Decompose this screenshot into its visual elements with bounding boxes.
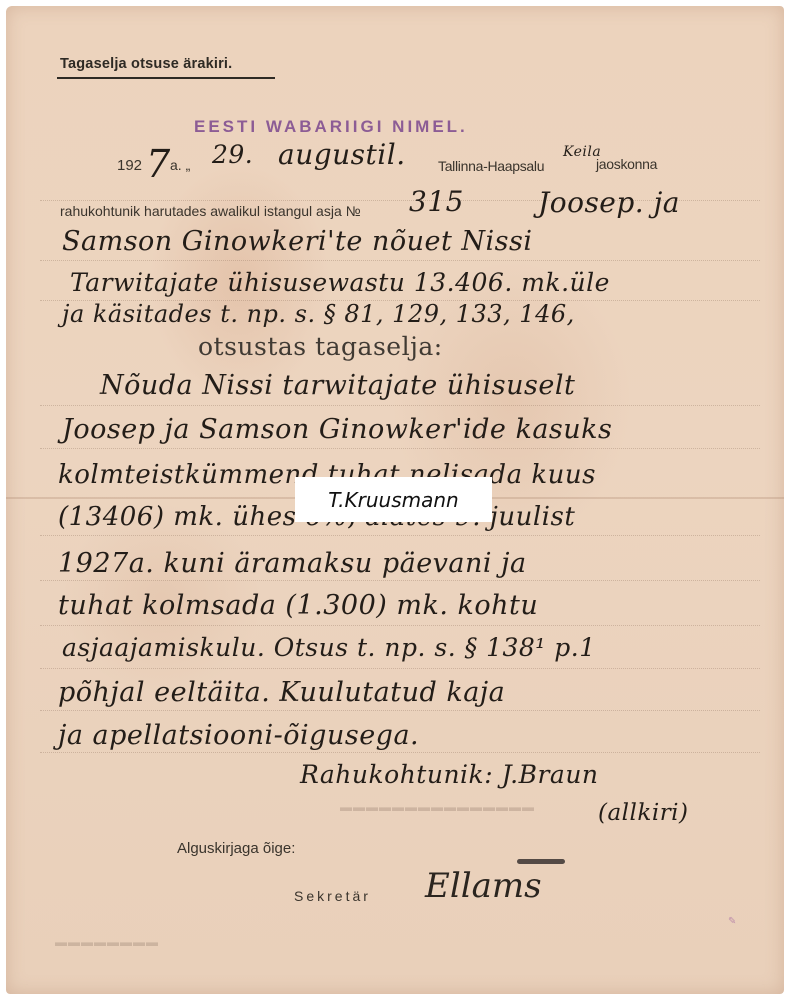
body-line-8: põhjal eeltäita. Kuulutatud kaja: [58, 677, 505, 708]
republic-stamp: EESTI WABARIIGI NIMEL.: [194, 117, 468, 137]
month: augustil.: [278, 138, 406, 171]
bleed-through-text: ▬▬▬▬▬▬▬▬: [55, 935, 159, 949]
day: 29.: [212, 140, 253, 169]
guide-line: [40, 405, 760, 406]
guide-line: [40, 448, 760, 449]
court-name: Tallinna-Haapsalu: [438, 158, 544, 174]
year-digit: 7: [146, 142, 171, 186]
case-line-printed: rahukohtunik harutades awalikul istangul…: [60, 203, 361, 219]
guide-line: [40, 580, 760, 581]
form-title: Tagaselja otsuse ärakiri.: [60, 56, 232, 72]
judge-signature: Rahukohtunik: J.Braun: [300, 760, 599, 789]
body-line-2: Joosep ja Samson Ginowker'ide kasuks: [62, 414, 612, 445]
guide-line: [40, 668, 760, 669]
intro-line-2: Tarwitajate ühisusewastu 13.406. mk.üle: [70, 268, 610, 297]
body-line-1: Nõuda Nissi tarwitajate ühisuselt: [100, 370, 575, 401]
intro-line-3: ja käsitades t. np. s. § 81, 129, 133, 1…: [62, 300, 575, 328]
body-line-7: asjaajamiskulu. Otsus t. np. s. § 138¹ p…: [62, 633, 596, 662]
secretary-signature: Ellams: [425, 866, 542, 906]
year-prefix: 192: [117, 157, 142, 174]
judge-signature-note: (allkiri): [598, 800, 689, 826]
certified-label: Alguskirjaga õige:: [177, 840, 295, 857]
decision-heading: otsustas tagaselja:: [198, 332, 443, 361]
signature-stroke: [517, 859, 565, 864]
district-suffix: jaoskonna: [596, 156, 657, 172]
ink-mark: ✎: [728, 916, 750, 930]
year-suffix: a. „: [170, 157, 190, 173]
body-line-6: tuhat kolmsada (1.300) mk. kohtu: [58, 590, 538, 621]
body-line-5: 1927a. kuni äramaksu päevani ja: [58, 548, 527, 579]
body-line-9: ja apellatsiooni-õigusega.: [58, 720, 419, 751]
guide-line: [40, 752, 760, 753]
guide-line: [40, 260, 760, 261]
case-number: 315: [409, 185, 464, 218]
name-overlay-label: T.Kruusmann: [295, 477, 492, 522]
form-title-underline: [57, 77, 275, 79]
bleed-through-text: ▬▬▬▬▬▬▬▬▬▬▬▬▬▬▬: [340, 800, 535, 814]
guide-line: [40, 535, 760, 536]
case-plaintiff-start: Joosep. ja: [538, 186, 680, 219]
secretary-label: Sekretär: [294, 888, 371, 904]
guide-line: [40, 710, 760, 711]
guide-line: [40, 625, 760, 626]
intro-line-1: Samson Ginowkeri'te nõuet Nissi: [62, 226, 533, 257]
